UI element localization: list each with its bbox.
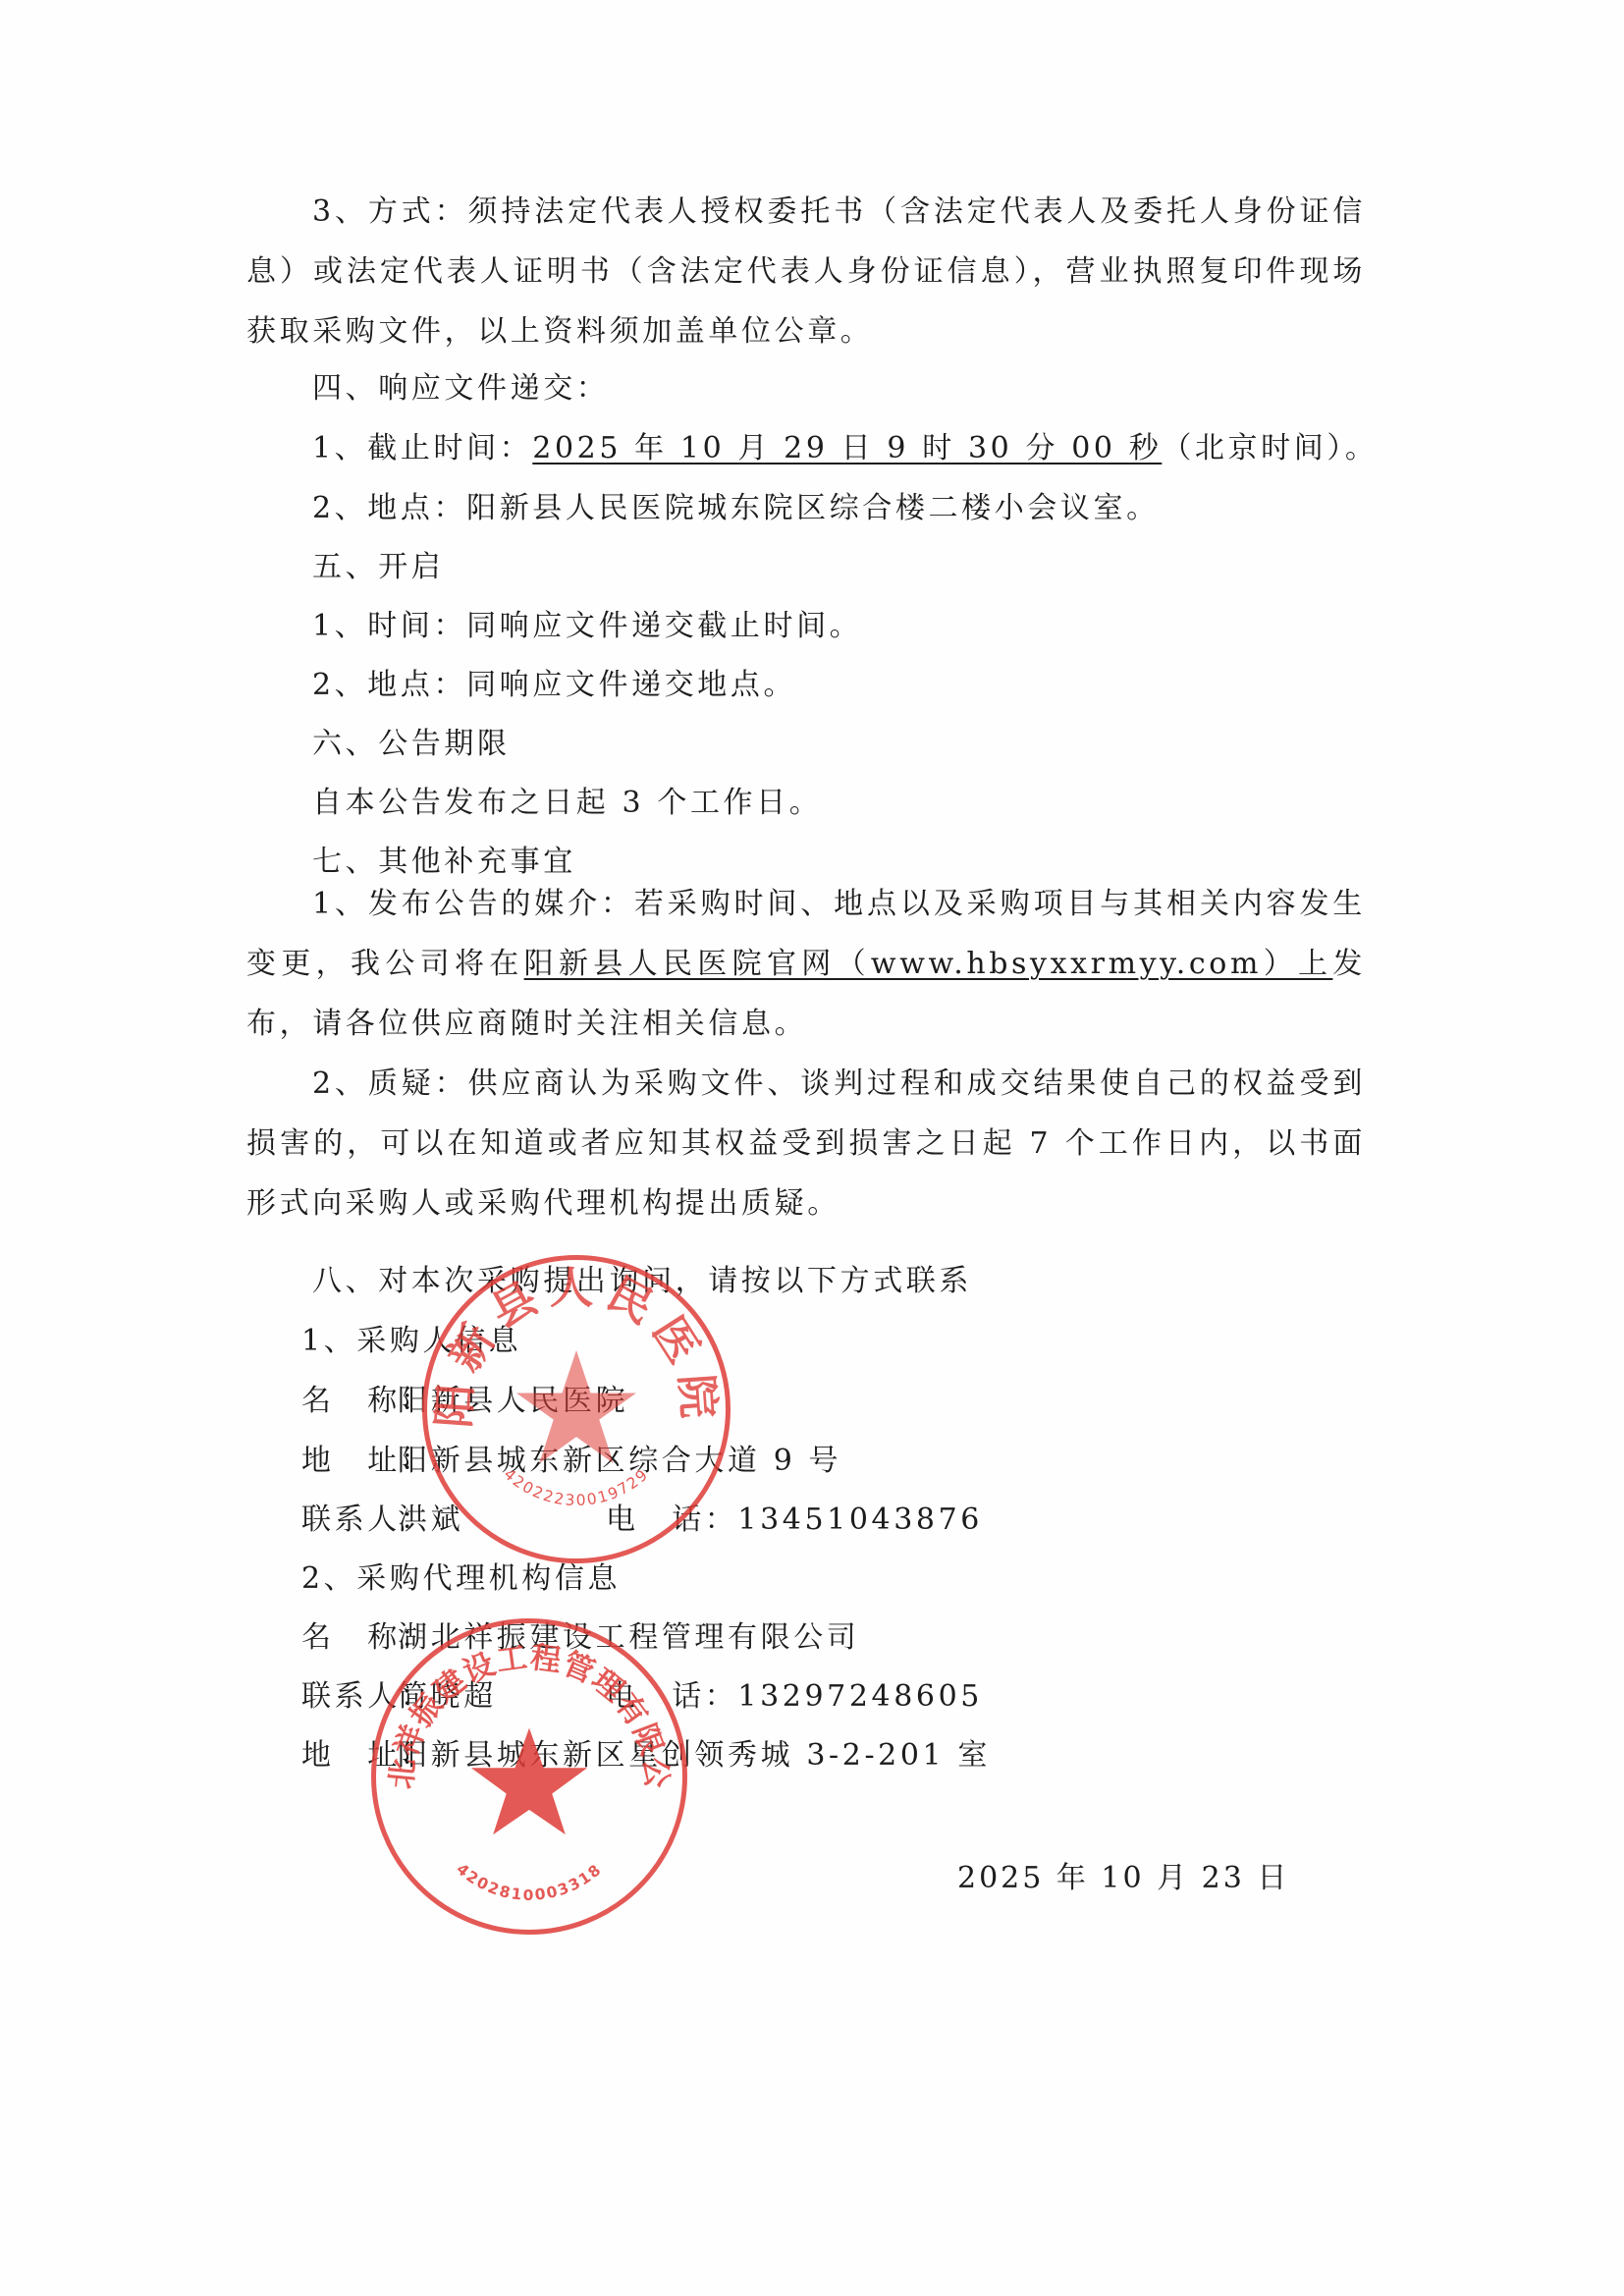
location-label: 2、地点： (312, 491, 466, 525)
agency-heading: 2、采购代理机构信息 (301, 1559, 621, 1599)
method-label: 3、方式： (312, 194, 468, 229)
agency-contact-row: 联系人：简晓超电 话：13297248605 (301, 1677, 497, 1717)
section-6-heading: 六、公告期限 (312, 725, 511, 764)
deadline-value: 2025 年 10 月 29 日 9 时 30 分 00 秒 (532, 431, 1162, 465)
document-date: 2025 年 10 月 23 日 (957, 1859, 1289, 1898)
purchaser-phone-label: 电 话： (606, 1503, 737, 1537)
section-5-heading: 五、开启 (312, 548, 444, 587)
purchaser-name: 阳新县人民医院 (398, 1384, 628, 1418)
agency-address-label: 地 址： (301, 1736, 398, 1776)
opening-location-line: 2、地点：同响应文件递交地点。 (312, 666, 796, 705)
purchaser-phone-group: 电 话：13451043876 (606, 1501, 983, 1540)
purchaser-name-row: 名 称：阳新县人民医院 (301, 1382, 628, 1421)
deadline-line: 1、截止时间：2025 年 10 月 29 日 9 时 30 分 00 秒（北京… (312, 429, 1379, 468)
agency-address-row: 地 址：阳新县城东新区星创领秀城 3-2-201 室 (301, 1736, 991, 1776)
agency-name: 湖北祥振建设工程管理有限公司 (398, 1620, 859, 1655)
purchaser-contact: 洪斌 (398, 1503, 463, 1537)
purchaser-contact-label: 联系人： (301, 1501, 398, 1540)
purchaser-address-label: 地 址： (301, 1442, 398, 1481)
media-paragraph: 1、发布公告的媒介：若采购时间、地点以及采购项目与其相关内容发生变更，我公司将在… (246, 874, 1366, 1054)
hospital-website-link[interactable]: 阳新县人民医院官网（www.hbsyxxrmyy.com）上 (524, 947, 1333, 981)
svg-text:4202810003318: 4202810003318 (453, 1860, 606, 1904)
purchaser-address: 阳新县城东新区综合大道 9 号 (398, 1444, 841, 1478)
purchaser-contact-row: 联系人：洪斌电 话：13451043876 (301, 1501, 463, 1540)
agency-phone-label: 电 话： (606, 1679, 737, 1714)
purchaser-heading: 1、采购人信息 (301, 1322, 521, 1361)
purchaser-name-label: 名 称： (301, 1382, 398, 1421)
document-page: 3、方式：须持法定代表人授权委托书（含法定代表人及委托人身份证信息）或法定代表人… (0, 0, 1624, 2296)
announcement-period-text: 自本公告发布之日起 3 个工作日。 (312, 784, 822, 823)
agency-contact-label: 联系人： (301, 1677, 398, 1717)
location-value: 阳新县人民医院城东院区综合楼二楼小会议室。 (466, 491, 1160, 525)
agency-name-row: 名 称：湖北祥振建设工程管理有限公司 (301, 1618, 859, 1658)
section-4-heading: 四、响应文件递交： (312, 369, 609, 409)
submission-location-line: 2、地点：阳新县人民医院城东院区综合楼二楼小会议室。 (312, 489, 1160, 528)
agency-name-label: 名 称： (301, 1618, 398, 1658)
agency-phone-group: 电 话：13297248605 (606, 1677, 983, 1717)
purchaser-address-row: 地 址：阳新县城东新区综合大道 9 号 (301, 1442, 841, 1481)
opening-time-line: 1、时间：同响应文件递交截止时间。 (312, 607, 862, 646)
deadline-label: 1、截止时间： (312, 431, 532, 465)
agency-seal-stamp: 湖北祥振建设工程管理有限公司 4202810003318 (371, 1618, 687, 1935)
purchaser-phone: 13451043876 (737, 1503, 983, 1537)
agency-seal-icon: 湖北祥振建设工程管理有限公司 4202810003318 (376, 1623, 682, 1930)
method-paragraph: 3、方式：须持法定代表人授权委托书（含法定代表人及委托人身份证信息）或法定代表人… (246, 182, 1366, 361)
agency-address: 阳新县城东新区星创领秀城 3-2-201 室 (398, 1738, 991, 1773)
agency-contact: 简晓超 (398, 1679, 497, 1714)
section-8-heading: 八、对本次采购提出询问，请按以下方式联系 (312, 1262, 972, 1301)
agency-phone: 13297248605 (737, 1679, 983, 1714)
challenge-paragraph: 2、质疑：供应商认为采购文件、谈判过程和成交结果使自己的权益受到损害的，可以在知… (246, 1054, 1366, 1233)
deadline-suffix: （北京时间）。 (1162, 431, 1378, 465)
